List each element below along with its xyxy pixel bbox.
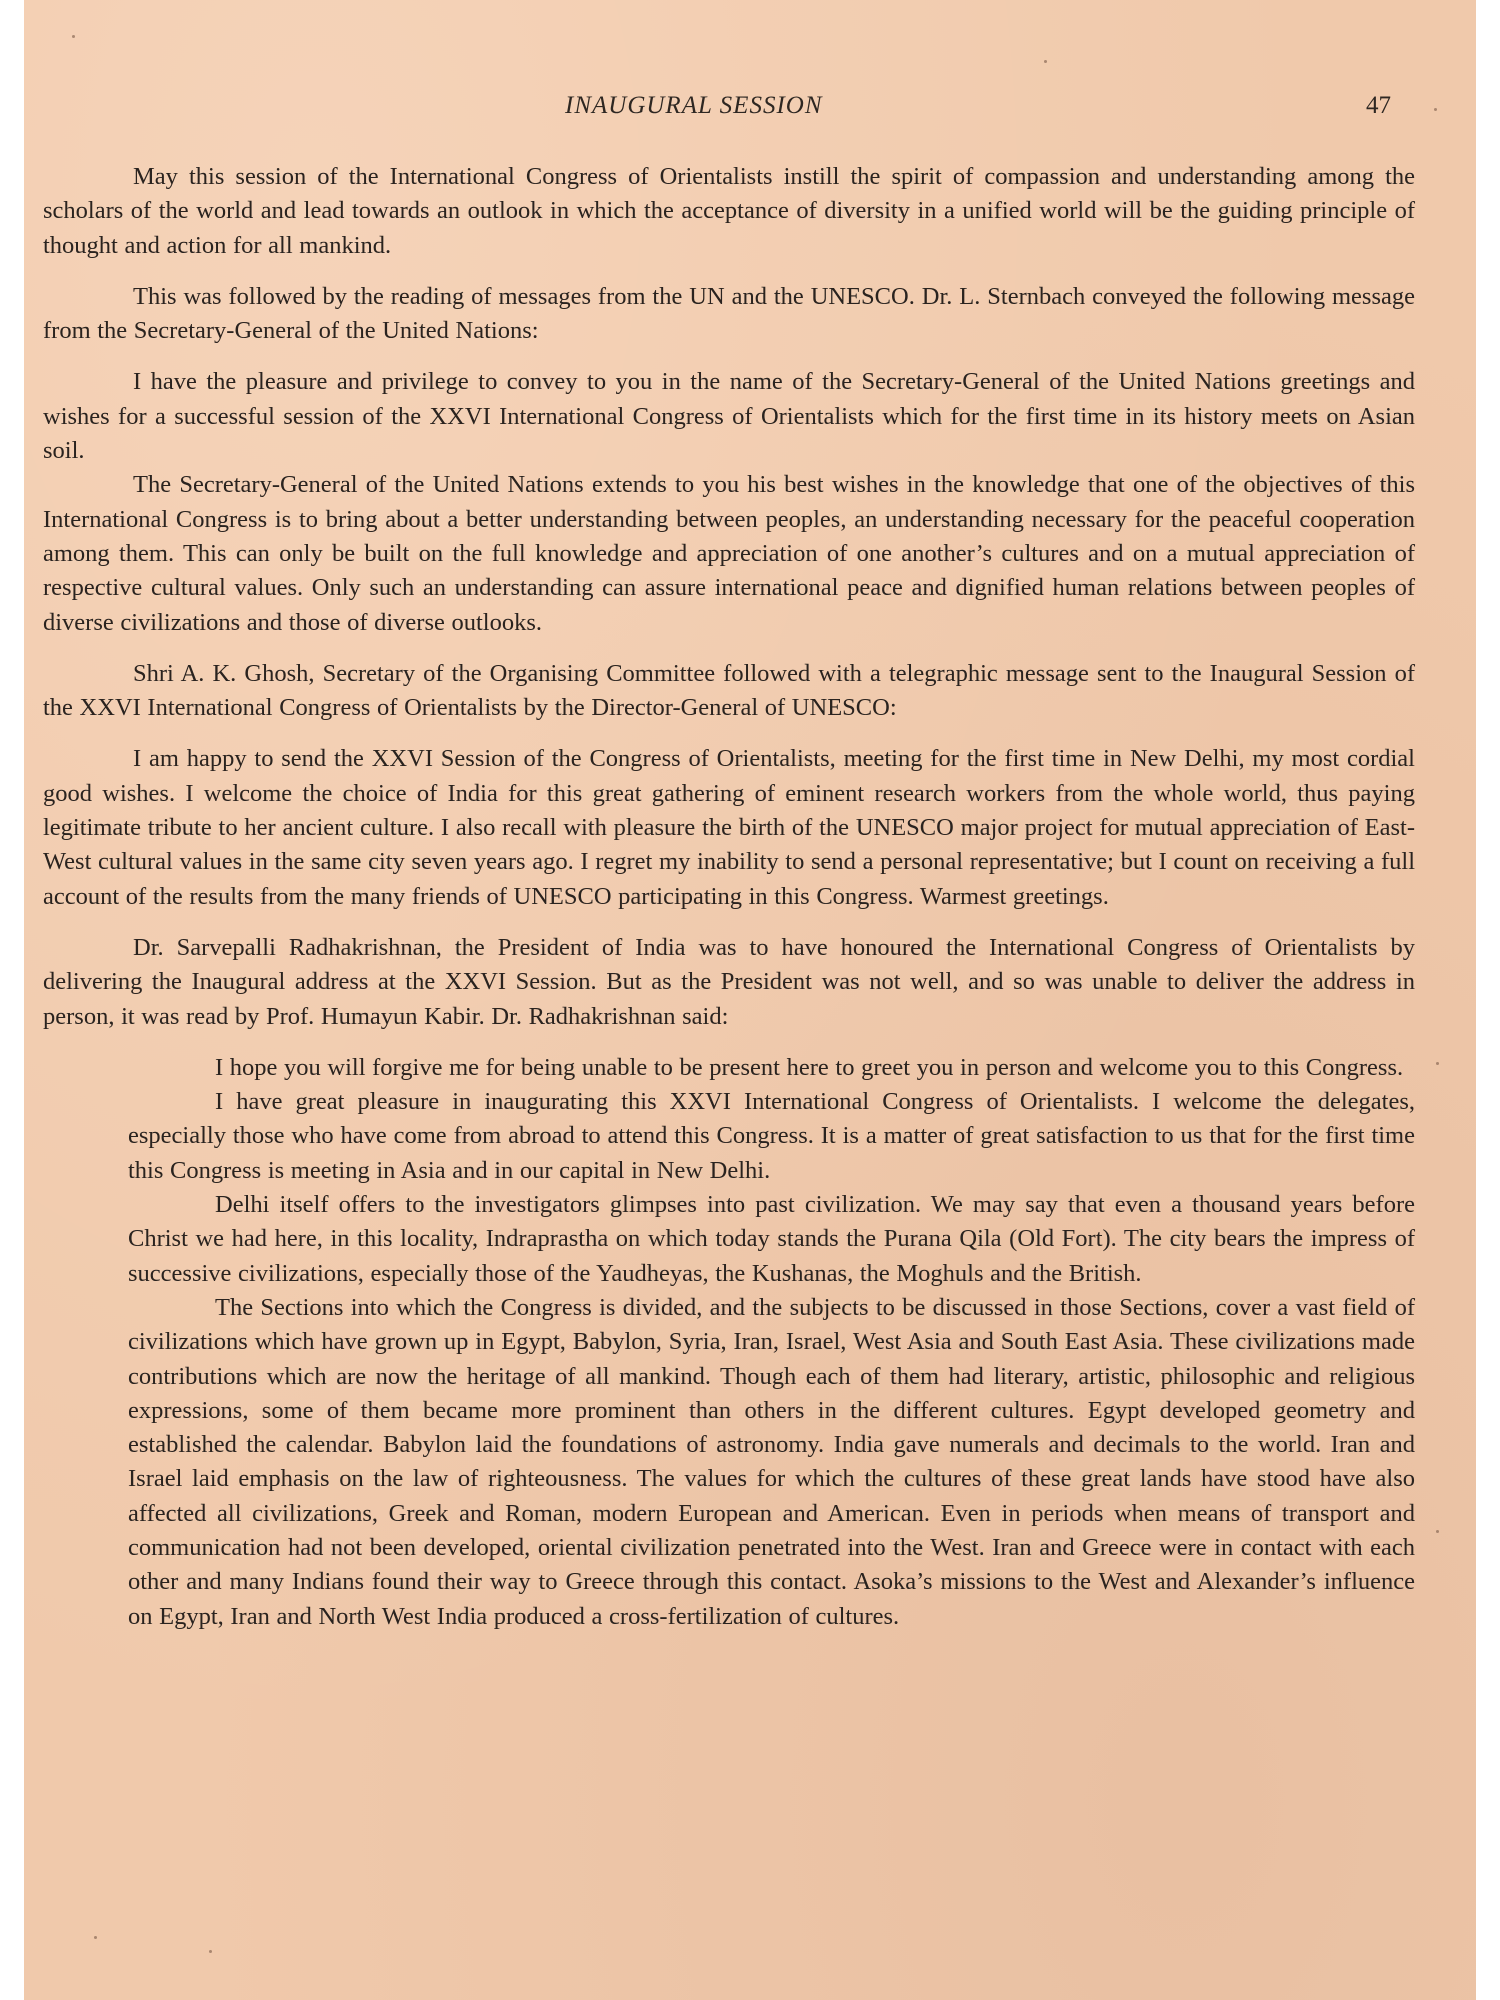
- running-head-title: INAUGURAL SESSION: [565, 92, 823, 120]
- page-number: 47: [1366, 92, 1391, 120]
- address-paragraph-delhi: Delhi itself offers to the investigators…: [128, 1188, 1415, 1291]
- page-body: May this session of the International Co…: [43, 160, 1415, 1634]
- address-paragraph-apology: I hope you will forgive me for being una…: [128, 1051, 1415, 1085]
- paragraph-un-message-2: The Secretary-General of the United Nati…: [43, 468, 1415, 639]
- inaugural-address-quote: I hope you will forgive me for being una…: [128, 1051, 1415, 1634]
- paper-speck: [1044, 60, 1047, 63]
- address-paragraph-sections: The Sections into which the Congress is …: [128, 1291, 1415, 1634]
- paper-speck: [72, 35, 75, 38]
- paragraph-messages-intro: This was followed by the reading of mess…: [43, 280, 1415, 349]
- paragraph-unesco-message: I am happy to send the XXVI Session of t…: [43, 742, 1415, 913]
- paper-speck: [94, 1936, 97, 1939]
- paper-speck: [1436, 1530, 1439, 1533]
- address-paragraph-welcome: I have great pleasure in inaugurating th…: [128, 1085, 1415, 1188]
- paper-speck: [209, 1950, 212, 1953]
- scanned-page: INAUGURAL SESSION 47 May this session of…: [24, 0, 1476, 2000]
- paragraph-un-message-1: I have the pleasure and privilege to con…: [43, 365, 1415, 468]
- running-head: INAUGURAL SESSION 47: [24, 92, 1476, 124]
- paper-speck: [1434, 108, 1437, 111]
- paragraph-unesco-intro: Shri A. K. Ghosh, Secretary of the Organ…: [43, 657, 1415, 726]
- paragraph-president-intro: Dr. Sarvepalli Radhakrishnan, the Presid…: [43, 931, 1415, 1034]
- paper-speck: [1436, 1062, 1439, 1065]
- paragraph-closing-wish: May this session of the International Co…: [43, 160, 1415, 263]
